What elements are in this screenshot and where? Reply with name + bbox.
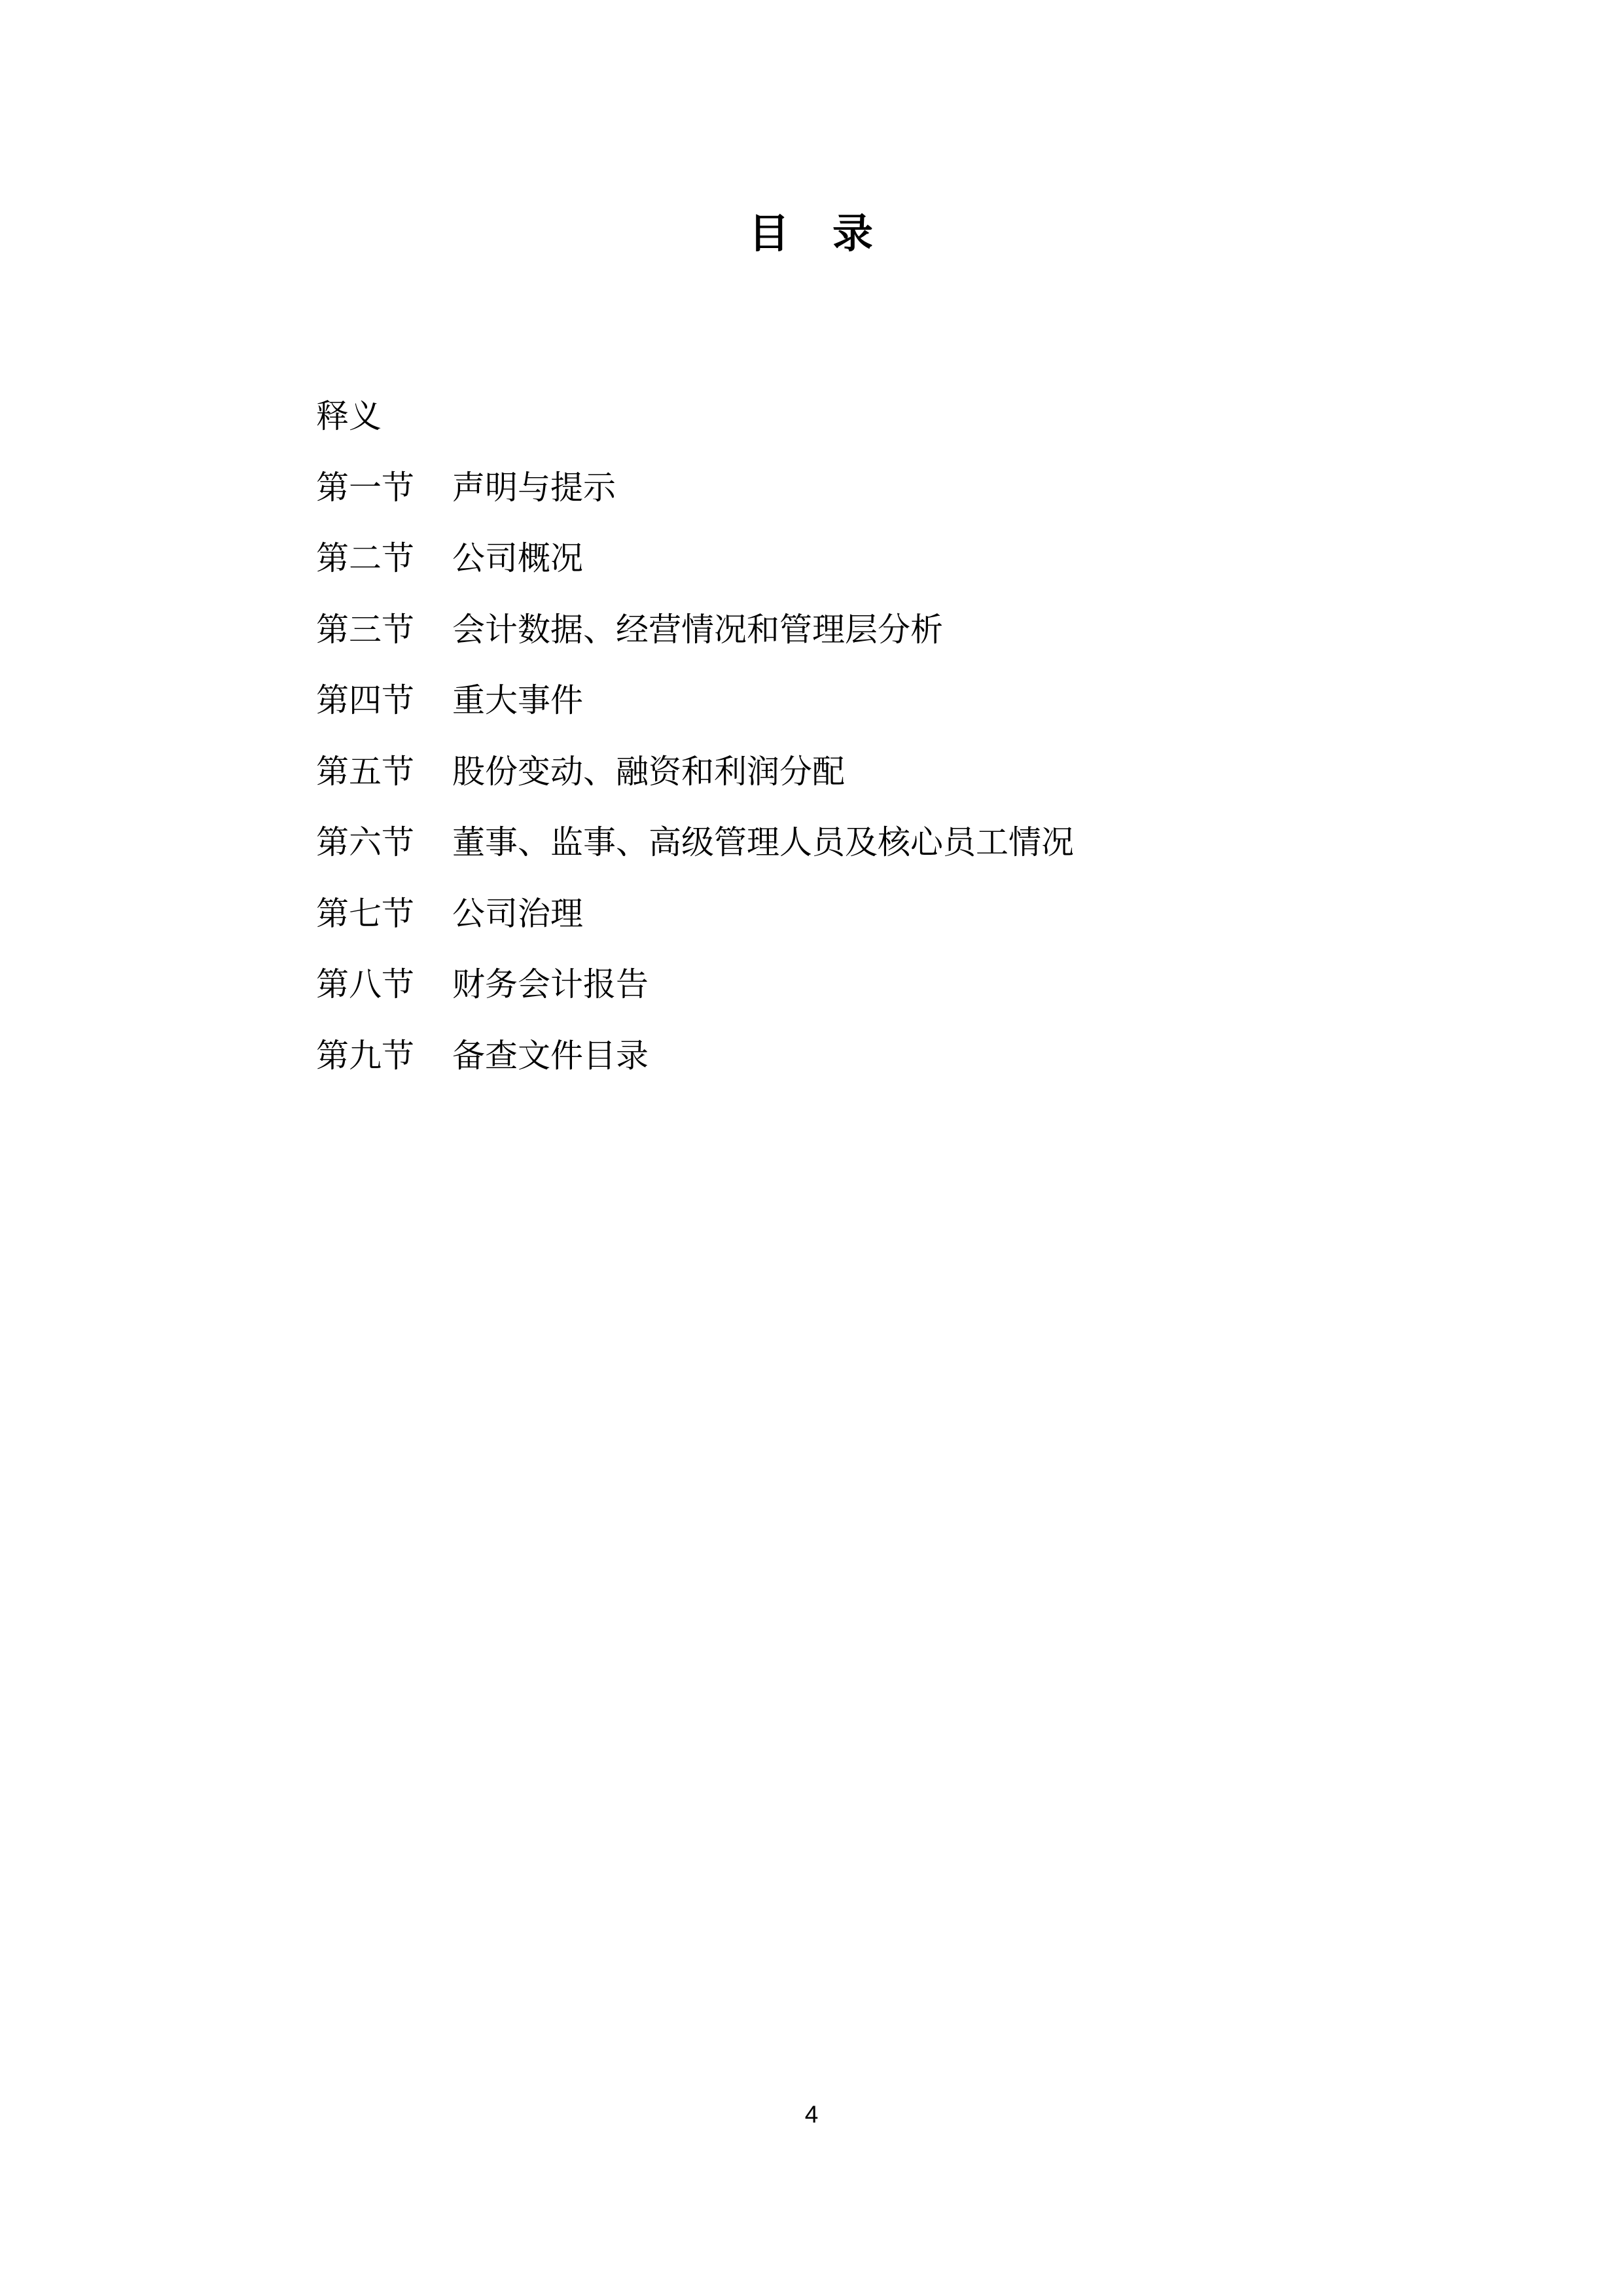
toc-item: 第一节声明与提示 [316, 452, 1492, 524]
toc-item-title: 董事、监事、高级管理人员及核心员工情况 [452, 826, 1074, 859]
toc-item: 第七节公司治理 [316, 878, 1492, 950]
toc-item-section-label: 第七节 [316, 897, 452, 930]
toc-item: 释义 [316, 381, 1492, 452]
toc-item-title: 股份变动、融资和利润分配 [452, 755, 845, 788]
toc-item-title: 释义 [316, 400, 382, 433]
toc-item-section-label: 第八节 [316, 968, 452, 1001]
toc-item-title: 公司治理 [452, 897, 583, 930]
toc-item-title: 声明与提示 [452, 471, 616, 504]
toc-item-title: 备查文件目录 [452, 1039, 649, 1072]
toc-item-title: 会计数据、经营情况和管理层分析 [452, 613, 943, 646]
toc-item-section-label: 第二节 [316, 542, 452, 575]
document-page: 目 录 释义第一节声明与提示第二节公司概况第三节会计数据、经营情况和管理层分析第… [0, 0, 1623, 2296]
page-title: 目 录 [0, 214, 1623, 255]
toc-item-section-label: 第一节 [316, 471, 452, 504]
toc-item-section-label: 第六节 [316, 826, 452, 859]
toc-item-title: 重大事件 [452, 684, 583, 717]
toc-item: 第九节备查文件目录 [316, 1020, 1492, 1092]
toc-item: 第二节公司概况 [316, 523, 1492, 594]
toc-item-title: 公司概况 [452, 542, 583, 575]
toc-item-section-label: 第三节 [316, 613, 452, 646]
toc-item-title: 财务会计报告 [452, 968, 649, 1001]
toc-list: 释义第一节声明与提示第二节公司概况第三节会计数据、经营情况和管理层分析第四节重大… [316, 381, 1492, 1091]
toc-item: 第四节重大事件 [316, 665, 1492, 736]
toc-item: 第三节会计数据、经营情况和管理层分析 [316, 594, 1492, 666]
page-number: 4 [0, 2102, 1623, 2126]
toc-item-section-label: 第四节 [316, 684, 452, 717]
toc-item-section-label: 第五节 [316, 755, 452, 788]
toc-item: 第八节财务会计报告 [316, 949, 1492, 1020]
toc-item-section-label: 第九节 [316, 1039, 452, 1072]
toc-item: 第五节股份变动、融资和利润分配 [316, 736, 1492, 808]
toc-item: 第六节董事、监事、高级管理人员及核心员工情况 [316, 807, 1492, 878]
